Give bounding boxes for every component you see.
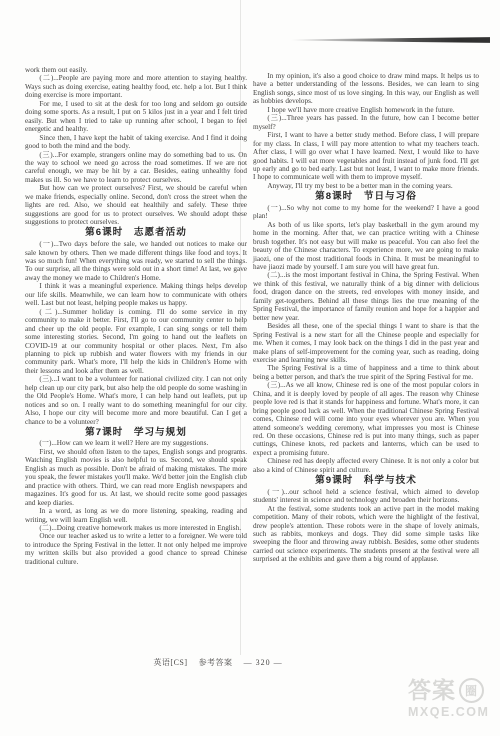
answer-paragraph: I hope we'll have more creative English … — [253, 106, 479, 114]
page-footer: 英语[CS] 参考答案 — 320 — — [25, 657, 411, 668]
answer-paragraph: In my opinion, it's also a good choice t… — [253, 72, 479, 106]
watermark: 答案 圈 MXQE.COM — [408, 678, 489, 719]
answer-paragraph: I think it was a meaningful experience. … — [25, 282, 247, 307]
answer-paragraph: (一)...our school held a science festival… — [253, 488, 479, 505]
left-column: work them out easily.(二)...People are pa… — [25, 66, 247, 566]
answer-paragraph: First, I want to have a better study met… — [253, 131, 479, 182]
answer-paragraph: The Spring Festival is a time of happine… — [253, 364, 479, 381]
lesson-header: 第9课时 科学与技术 — [253, 477, 479, 485]
answer-paragraph: (三)...As we all know, Chinese red is one… — [253, 381, 479, 457]
footer-label: 参考答案 — [199, 657, 233, 668]
lesson-header: 第7课时 学习与规划 — [25, 429, 247, 437]
answer-paragraph: But how can we protect ourselves? First,… — [25, 184, 247, 226]
lesson-header: 第8课时 节日与习俗 — [253, 193, 479, 201]
answer-paragraph: (三)...I want to be a volunteer for natio… — [25, 375, 247, 426]
page-number: — 320 — — [244, 658, 283, 667]
answer-paragraph: In a word, as long as we do more listeni… — [25, 507, 247, 524]
scan-shadow-line — [291, 37, 490, 43]
answer-paragraph: First, we should often listen to the tap… — [25, 448, 247, 507]
answer-paragraph: As both of us like sports, let's play ba… — [253, 221, 479, 272]
answer-paragraph: (三)...For example, strangers online may … — [25, 151, 247, 185]
answer-paragraph: At the festival, some students took an a… — [253, 505, 479, 564]
scanned-answer-page: work them out easily.(二)...People are pa… — [0, 0, 500, 736]
answer-paragraph: (二)...Doing creative homework makes us m… — [25, 524, 247, 532]
answer-paragraph: Once our teacher asked us to write a let… — [25, 532, 247, 566]
footer-subject: 英语[CS] — [153, 657, 187, 668]
watermark-site-url: MXQE.COM — [408, 705, 489, 719]
answer-paragraph: Chinese red has deeply affected every Ch… — [253, 457, 479, 474]
watermark-brand: 答案 圈 — [408, 678, 489, 703]
answer-paragraph: Anyway, I'll try my best to be a better … — [253, 182, 479, 190]
watermark-circle-icon: 圈 — [459, 678, 484, 703]
answer-paragraph: Besides all these, one of the special th… — [253, 322, 479, 364]
answer-paragraph: (二)...is the most important festival in … — [253, 271, 479, 322]
watermark-brand-text: 答案 — [408, 679, 456, 702]
answer-paragraph: (一)...How can we learn it well? Here are… — [25, 439, 247, 447]
answer-paragraph: (一)...Two days before the sale, we hande… — [25, 240, 247, 282]
answer-paragraph: For me, I used to sit at the desk for to… — [25, 100, 247, 134]
answer-paragraph: (二)...Summer holiday is coming. I'll do … — [25, 308, 247, 376]
answer-paragraph: (三)...Three years has passed. In the fut… — [253, 114, 479, 131]
right-column: In my opinion, it's also a good choice t… — [253, 72, 479, 564]
lesson-header: 第6课时 志愿者活动 — [25, 229, 247, 237]
answer-paragraph: Since then, I have kept the habit of tak… — [25, 134, 247, 151]
answer-paragraph: (一)...So why not come to my home for the… — [253, 204, 479, 221]
answer-paragraph: (二)...People are paying more and more at… — [25, 74, 247, 99]
answer-paragraph: work them out easily. — [25, 66, 247, 74]
watermark-circled-char: 圈 — [465, 685, 478, 697]
